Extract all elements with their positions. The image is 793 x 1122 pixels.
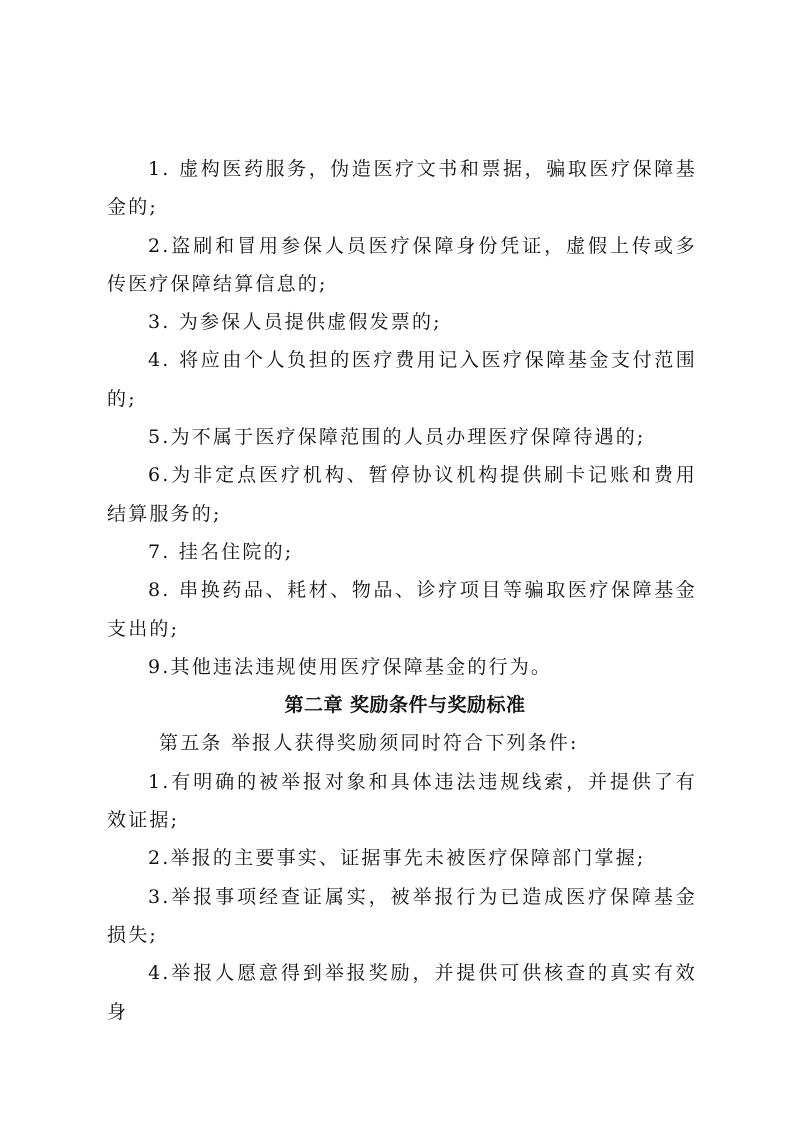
condition-item-1: 1.有明确的被举报对象和具体违法违规线索，并提供了有效证据;	[107, 763, 697, 840]
article-five: 第五条 举报人获得奖励须同时符合下列条件:	[107, 724, 697, 762]
violation-item-8: 8. 串换药品、耗材、物品、诊疗项目等骗取医疗保障基金支出的;	[107, 571, 697, 648]
violation-item-3: 3. 为参保人员提供虚假发票的;	[107, 303, 697, 341]
document-body: 1. 虚构医药服务，伪造医疗文书和票据，骗取医疗保障基金的; 2.盗刷和冒用参保…	[107, 150, 697, 1031]
violation-item-1: 1. 虚构医药服务，伪造医疗文书和票据，骗取医疗保障基金的;	[107, 150, 697, 227]
violation-item-9: 9.其他违法违规使用医疗保障基金的行为。	[107, 648, 697, 686]
violation-item-7: 7. 挂名住院的;	[107, 533, 697, 571]
violation-item-4: 4. 将应由个人负担的医疗费用记入医疗保障基金支付范围的;	[107, 341, 697, 418]
condition-item-3: 3.举报事项经查证属实，被举报行为已造成医疗保障基金损失;	[107, 878, 697, 955]
document-page: 1. 虚构医药服务，伪造医疗文书和票据，骗取医疗保障基金的; 2.盗刷和冒用参保…	[0, 0, 793, 1122]
violation-item-2: 2.盗刷和冒用参保人员医疗保障身份凭证，虚假上传或多传医疗保障结算信息的;	[107, 227, 697, 304]
chapter-heading: 第二章 奖励条件与奖励标准	[107, 686, 697, 724]
violation-item-5: 5.为不属于医疗保障范围的人员办理医疗保障待遇的;	[107, 418, 697, 456]
violation-item-6: 6.为非定点医疗机构、暂停协议机构提供刷卡记账和费用结算服务的;	[107, 456, 697, 533]
condition-item-2: 2.举报的主要事实、证据事先未被医疗保障部门掌握;	[107, 839, 697, 877]
condition-item-4: 4.举报人愿意得到举报奖励，并提供可供核查的真实有效身	[107, 954, 697, 1031]
